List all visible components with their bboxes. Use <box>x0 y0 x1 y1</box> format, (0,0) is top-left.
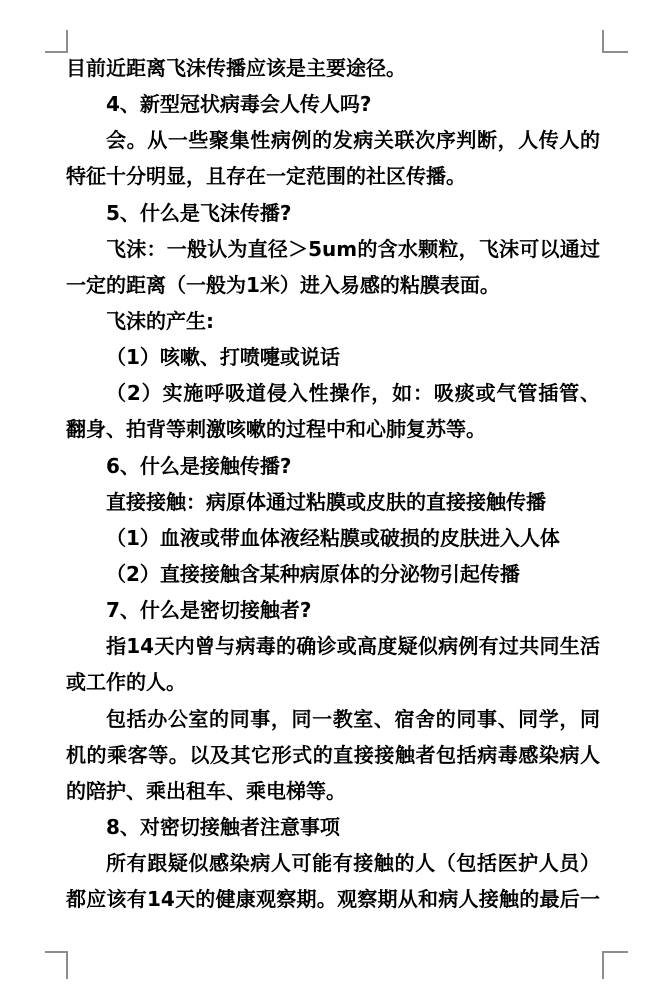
crop-mark-bottom-left <box>45 951 68 979</box>
text-line-21: 的陪护、乘出租车、乘电梯等。 <box>66 773 600 809</box>
text-line-18: 或工作的人。 <box>66 664 600 700</box>
text-line-6: 飞沫：一般认为直径＞5um的含水颗粒，飞沫可以通过 <box>66 231 600 267</box>
text-line-13: 直接接触：病原体通过粘膜或皮肤的直接接触传播 <box>66 484 600 520</box>
text-line-7: 一定的距离（一般为1米）进入易感的粘膜表面。 <box>66 267 600 303</box>
text-line-3: 会。从一些聚集性病例的发病关联次序判断，人传人的 <box>66 122 600 158</box>
text-line-4: 特征十分明显，且存在一定范围的社区传播。 <box>66 158 600 194</box>
crop-mark-top-left <box>45 30 68 53</box>
text-line-24: 都应该有14天的健康观察期。观察期从和病人接触的最后一 <box>66 881 600 917</box>
crop-mark-top-right <box>602 30 628 53</box>
text-line-17: 指14天内曾与病毒的确诊或高度疑似病例有过共同生活 <box>66 628 600 664</box>
text-line-9: （1）咳嗽、打喷嚏或说话 <box>66 339 600 375</box>
text-line-11: 翻身、拍背等刺激咳嗽的过程中和心肺复苏等。 <box>66 411 600 447</box>
text-line-20: 机的乘客等。以及其它形式的直接接触者包括病毒感染病人 <box>66 737 600 773</box>
text-line-10: （2）实施呼吸道侵入性操作，如：吸痰或气管插管、 <box>66 375 600 411</box>
text-line-2: 4、新型冠状病毒会人传人吗? <box>66 86 600 122</box>
text-line-19: 包括办公室的同事，同一教室、宿舍的同事、同学，同 <box>66 701 600 737</box>
text-line-22: 8、对密切接触者注意事项 <box>66 809 600 845</box>
document-text-block: 目前近距离飞沫传播应该是主要途径。4、新型冠状病毒会人传人吗?会。从一些聚集性病… <box>66 50 600 917</box>
text-line-5: 5、什么是飞沫传播? <box>66 195 600 231</box>
text-line-15: （2）直接接触含某种病原体的分泌物引起传播 <box>66 556 600 592</box>
text-line-16: 7、什么是密切接触者? <box>66 592 600 628</box>
text-line-23: 所有跟疑似感染病人可能有接触的人（包括医护人员） <box>66 845 600 881</box>
crop-mark-bottom-right <box>602 951 628 979</box>
text-line-1: 目前近距离飞沫传播应该是主要途径。 <box>66 50 600 86</box>
text-line-12: 6、什么是接触传播? <box>66 448 600 484</box>
text-line-14: （1）血液或带血体液经粘膜或破损的皮肤进入人体 <box>66 520 600 556</box>
document-page: 目前近距离飞沫传播应该是主要途径。4、新型冠状病毒会人传人吗?会。从一些聚集性病… <box>0 0 667 1000</box>
text-line-8: 飞沫的产生: <box>66 303 600 339</box>
